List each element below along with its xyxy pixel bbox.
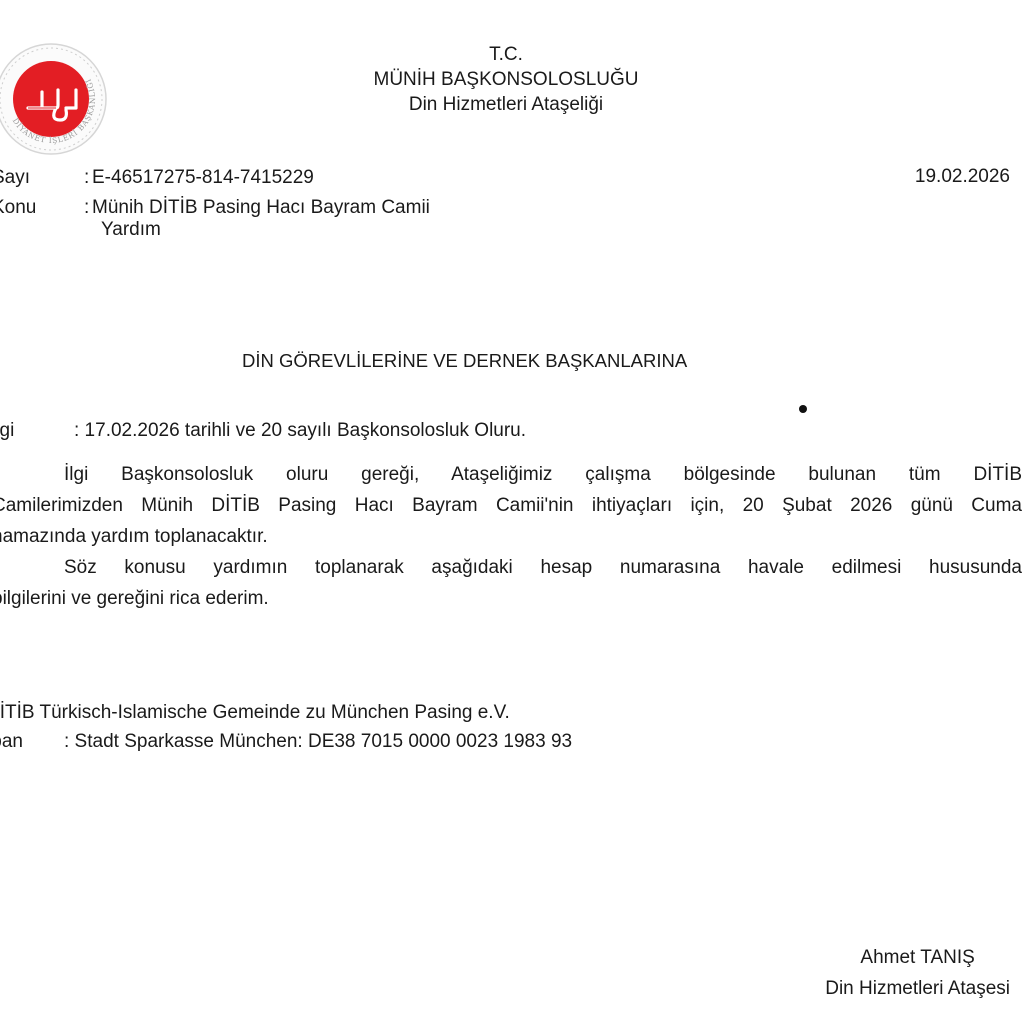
signatory-name: Ahmet TANIŞ xyxy=(825,942,1010,973)
bullet-dot xyxy=(799,405,807,413)
signature-block: Ahmet TANIŞ Din Hizmetleri Ataşesi xyxy=(825,942,1010,1004)
sayi-label: Sayı xyxy=(0,166,30,190)
letterhead: T.C. MÜNİH BAŞKONSOLOSLUĞU Din Hizmetler… xyxy=(346,42,666,117)
signatory-title: Din Hizmetleri Ataşesi xyxy=(825,973,1010,1004)
document-date: 19.02.2026 xyxy=(915,166,1010,188)
sayi-value: E-46517275-814-7415229 xyxy=(92,166,314,190)
sayi-row: Sayı : E-46517275-814-7415229 xyxy=(0,166,592,190)
paragraph-1-line-3: namazında yardım toplanacaktır. xyxy=(0,521,1022,552)
diyanet-seal-icon: DİYANET İŞLERİ BAŞKANLIĞI xyxy=(0,42,108,156)
paragraph-2-line-2: bilgilerini ve gereğini rica ederim. xyxy=(0,583,1022,614)
konu-row: Konu : Münih DİTİB Pasing Hacı Bayram Ca… xyxy=(0,196,592,244)
konu-label: Konu xyxy=(0,196,36,220)
konu-value-line2: Yardım xyxy=(101,218,161,242)
iban-label: Iban xyxy=(0,731,23,753)
ilgi-value: : 17.02.2026 tarihli ve 20 sayılı Başkon… xyxy=(74,420,526,442)
konu-value-line1: Münih DİTİB Pasing Hacı Bayram Camii xyxy=(92,196,430,220)
header-department: Din Hizmetleri Ataşeliği xyxy=(346,92,666,117)
iban-value: : Stadt Sparkasse München: DE38 7015 000… xyxy=(64,731,572,753)
paragraph-1-line-1: İlgi Başkonsolosluk oluru gereği, Ataşel… xyxy=(0,459,1022,490)
header-consulate: MÜNİH BAŞKONSOLOSLUĞU xyxy=(346,67,666,92)
ilgi-label: İlgi xyxy=(0,420,14,442)
document-page: DİYANET İŞLERİ BAŞKANLIĞI T.C. MÜNİH BAŞ… xyxy=(0,0,1024,1024)
sayi-colon: : xyxy=(84,166,89,190)
konu-colon: : xyxy=(84,196,89,220)
bank-organization: DİTİB Türkisch-Islamische Gemeinde zu Mü… xyxy=(0,702,510,724)
paragraph-2-line-1: Söz konusu yardımın toplanarak aşağıdaki… xyxy=(0,552,1022,583)
header-tc: T.C. xyxy=(346,42,666,67)
paragraph-1-line-2: Camilerimizden Münih DİTİB Pasing Hacı B… xyxy=(0,490,1022,521)
body-paragraph-1: İlgi Başkonsolosluk oluru gereği, Ataşel… xyxy=(0,459,1022,552)
recipient-heading: DİN GÖREVLİLERİNE VE DERNEK BAŞKANLARINA xyxy=(242,350,687,372)
body-paragraph-2: Söz konusu yardımın toplanarak aşağıdaki… xyxy=(0,552,1022,614)
